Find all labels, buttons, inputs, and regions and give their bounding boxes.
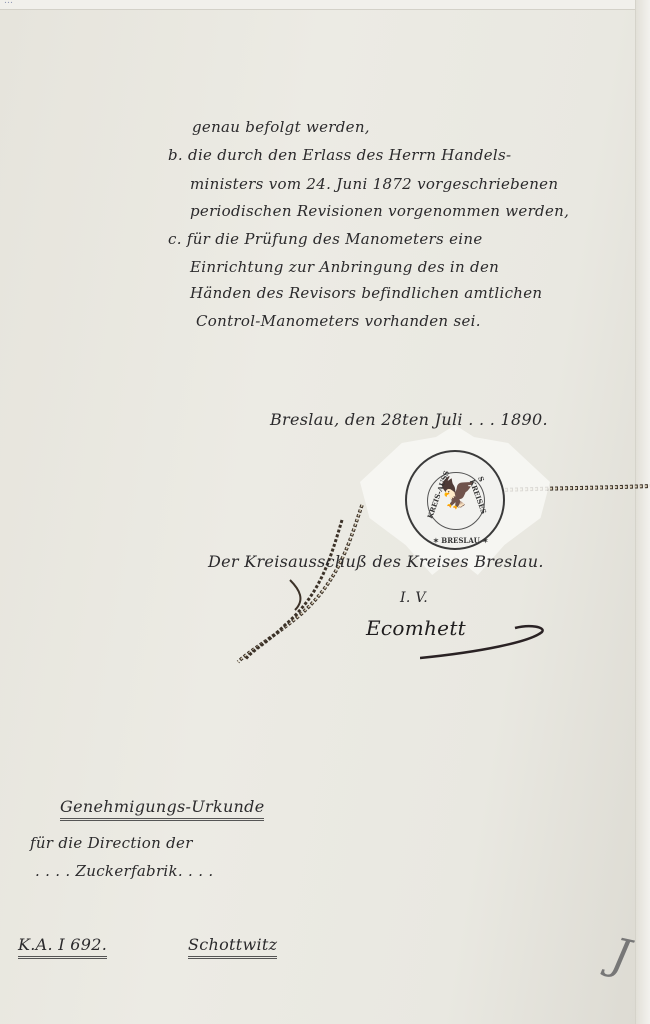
- official-seal: 🦅 KREIS-AUSS S KREISES ✶ BRESLAU ✶: [405, 450, 505, 550]
- certificate-title: Genehmigungs-Urkunde: [60, 797, 264, 821]
- file-reference: K.A. I 692.: [18, 935, 107, 959]
- on-behalf-mark: I. V.: [400, 590, 428, 606]
- document-page: … genau befolgt werden, b. die durch den…: [0, 0, 650, 1024]
- issuing-authority: Der Kreisausschuß des Kreises Breslau.: [208, 552, 544, 571]
- certificate-recipient-line-1: für die Direction der: [30, 834, 193, 852]
- certificate-recipient-line-2: . . . . Zuckerfabrik. . . .: [35, 862, 213, 880]
- seal-text-bottom: ✶ BRESLAU ✶: [433, 536, 488, 545]
- signature-flourish: [420, 622, 550, 662]
- location-name: Schottwitz: [188, 935, 277, 959]
